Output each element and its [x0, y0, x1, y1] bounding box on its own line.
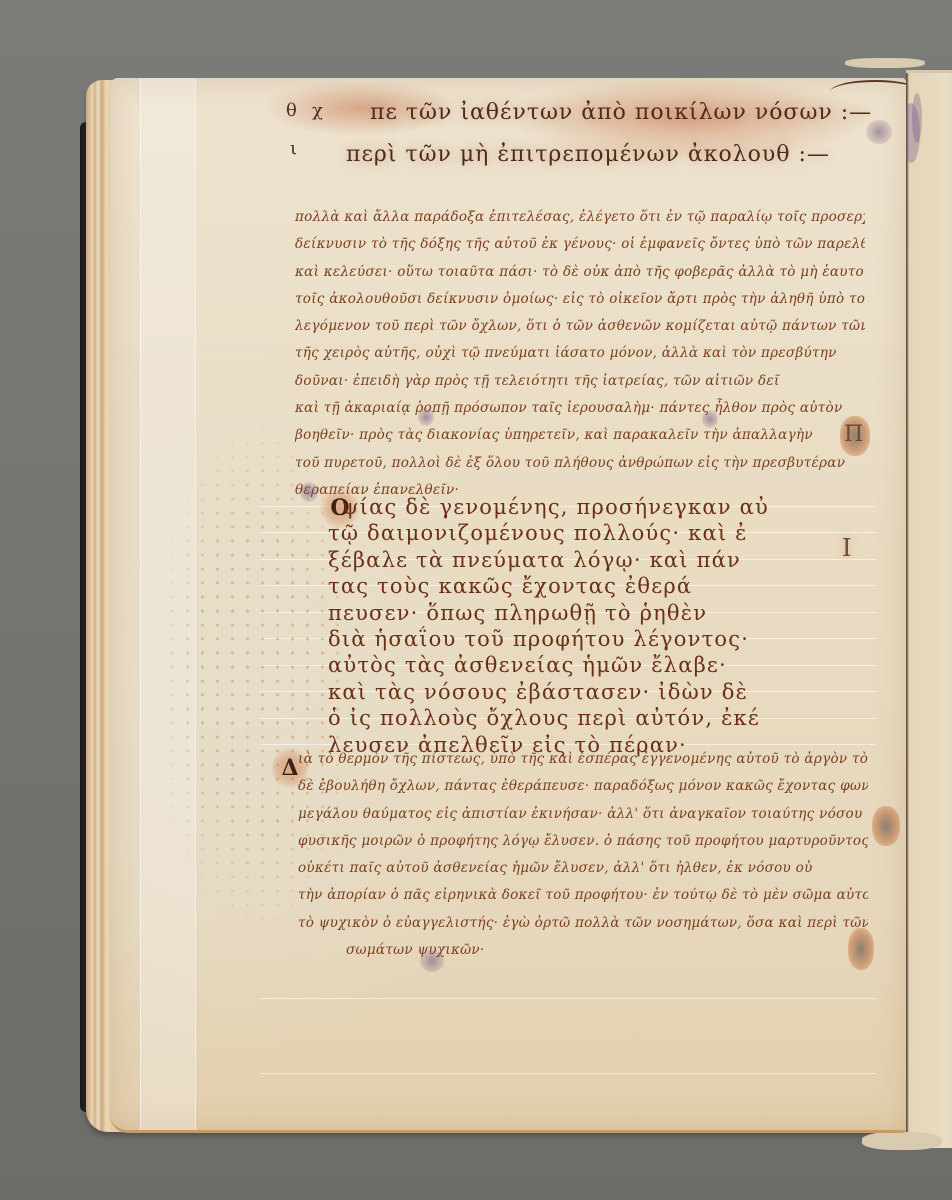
- gospel-line: τας τοὺς κακῶς ἔχοντας ἐθερά: [328, 573, 862, 599]
- gospel-line: καὶ τὰς νόσους ἐβάστασεν· ἰδὼν δὲ: [328, 679, 862, 705]
- chapter-heading: πε τῶν ἰαθέντων ἀπὸ ποικίλων νόσων :— πε…: [290, 86, 850, 196]
- gospel-line: ξέβαλε τὰ πνεύματα λόγῳ· καὶ πάν: [328, 547, 862, 573]
- ruling-line: [260, 1073, 876, 1074]
- commentary-top: πολλὰ καὶ ἄλλα παράδοξα ἐπιτελέσας, ἐλέγ…: [295, 204, 865, 504]
- gospel-line: διὰ ἡσαΐου τοῦ προφήτου λέγοντος·: [328, 626, 862, 652]
- quire-mark: Π: [844, 422, 863, 447]
- gospel-line: τῷ δαιμονιζομένους πολλούς· καὶ ἐ: [328, 520, 862, 546]
- facing-page-edge: [906, 70, 952, 1148]
- commentary-line: καὶ κελεύσει· οὕτω τοιαῦτα πάσι· τὸ δὲ ο…: [295, 259, 865, 286]
- commentary-line: τὴν ἀπορίαν ὁ πᾶς εἰρηνικὰ δοκεῖ τοῦ προ…: [298, 882, 868, 909]
- commentary-line: δὲ ἐβουλήθη ὄχλων, πάντας ἐθεράπευσε· πα…: [298, 773, 868, 800]
- commentary-line: τὸ ψυχικὸν ὁ εὐαγγελιστής· ἐγὼ ὀρτῶ πολλ…: [298, 910, 868, 937]
- commentary-line: ιὰ τὸ θερμὸν τῆς πίστεως, ὑπὸ τῆς καὶ ἑσ…: [298, 746, 868, 773]
- commentary-line: τῆς χειρὸς αὐτῆς, οὐχὶ τῷ πνεύματι ἰάσατ…: [295, 340, 865, 367]
- gospel-line: πευσεν· ὅπως πληρωθῇ τὸ ῥηθὲν: [328, 600, 862, 626]
- commentary-line: τοῦ πυρετοῦ, πολλοὶ δὲ ἐξ ὅλου τοῦ πλήθο…: [295, 450, 865, 477]
- gospel-line: ὁ ἰς πολλοὺς ὄχλους περὶ αὐτόν, ἐκέ: [328, 705, 862, 731]
- heading-line-2: περὶ τῶν μὴ ἐπιτρεπομένων ἀκολουθ :—: [346, 142, 830, 167]
- ruling-line: [260, 998, 876, 999]
- ink-stain: [702, 410, 718, 428]
- gospel-line: αὐτὸς τὰς ἀσθενείας ἡμῶν ἔλαβε·: [328, 652, 862, 678]
- ink-stain: [418, 408, 434, 426]
- commentary-line: μεγάλου θαύματος εἰς ἀπιστίαν ἐκινήσαν· …: [298, 801, 868, 828]
- commentary-line: βοηθεῖν· πρὸς τὰς διακονίας ὑπηρετεῖν, κ…: [295, 422, 865, 449]
- gospel-line: ψίας δὲ γενομένης, προσήνεγκαν αὐ: [342, 494, 862, 520]
- ink-stain: [300, 482, 318, 502]
- gospel-text: ψίας δὲ γενομένης, προσήνεγκαν αὐ τῷ δαι…: [342, 494, 862, 758]
- commentary-bottom: ιὰ τὸ θερμὸν τῆς πίστεως, ὑπὸ τῆς καὶ ἑσ…: [298, 746, 868, 964]
- ink-stain: [420, 950, 444, 972]
- ink-stain: [912, 93, 922, 143]
- rust-stain: [848, 928, 874, 970]
- commentary-line: δείκνυσιν τὸ τῆς δόξης τῆς αὐτοῦ ἐκ γένο…: [295, 231, 865, 258]
- heading-line-1: πε τῶν ἰαθέντων ἀπὸ ποικίλων νόσων :—: [370, 100, 872, 125]
- sewing-thread: [845, 58, 925, 68]
- commentary-line: λεγόμενον τοῦ περὶ τῶν ὄχλων, ὅτι ὁ τῶν …: [295, 313, 865, 340]
- manuscript-page: θ χ ι πε τῶν ἰαθέντων ἀπὸ ποικίλων νόσων…: [110, 78, 906, 1133]
- commentary-line: καὶ τῇ ἀκαριαίᾳ ῥοπῇ πρόσωπον ταῖς ἰερου…: [295, 395, 865, 422]
- ink-stain: [866, 120, 892, 144]
- commentary-line: δοῦναι· ἐπειδὴ γὰρ πρὸς τῇ τελειότητι τῆ…: [295, 368, 865, 395]
- quire-mark: Ι: [842, 534, 851, 562]
- commentary-line: οὐκέτι παῖς αὐτοῦ ἀσθενείας ἡμῶν ἔλυσεν,…: [298, 855, 868, 882]
- rust-stain: [872, 806, 900, 846]
- commentary-line: πολλὰ καὶ ἄλλα παράδοξα ἐπιτελέσας, ἐλέγ…: [295, 204, 865, 231]
- commentary-line: τοῖς ἀκολουθοῦσι δείκνυσιν ὁμοίως· εἰς τ…: [295, 286, 865, 313]
- sewing-thread: [862, 1132, 942, 1150]
- commentary-line: φυσικῆς μοιρῶν ὁ προφήτης λόγῳ ἔλυσεν. ὁ…: [298, 828, 868, 855]
